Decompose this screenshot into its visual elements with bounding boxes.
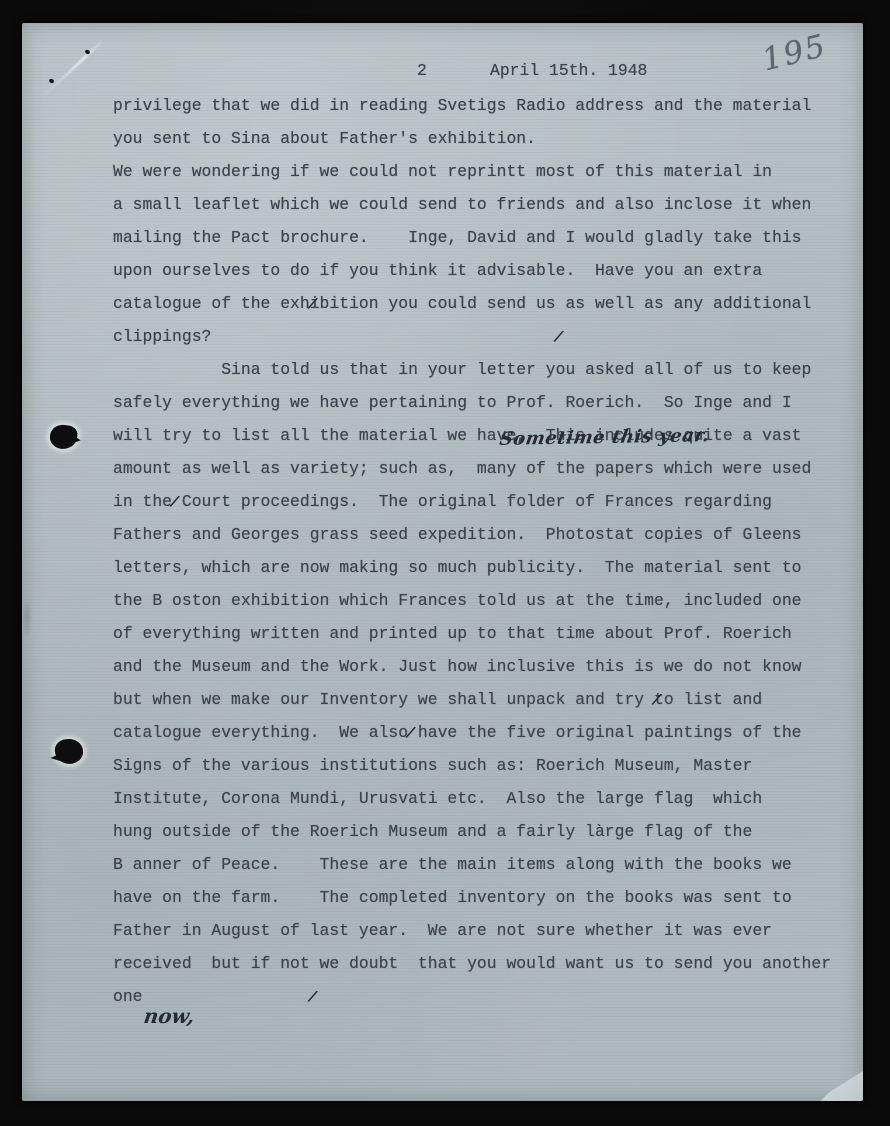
typed-line: B anner of Peace. These are the main ite… — [113, 848, 858, 881]
typed-line: one — [113, 980, 858, 1013]
hole-punch — [54, 738, 84, 766]
typed-line: mailing the Pact brochure. Inge, David a… — [113, 221, 858, 254]
hole-punch — [48, 423, 78, 451]
typed-line: privilege that we did in reading Svetigs… — [113, 89, 858, 122]
typed-line: but when we make our Inventory we shall … — [113, 683, 858, 716]
handwritten-word-now: now, — [142, 1004, 196, 1028]
typed-header: 2 April 15th. 1948 — [22, 61, 863, 83]
typed-line: received but if not we doubt that you wo… — [113, 947, 858, 980]
typed-page-number: 2 — [417, 61, 427, 80]
typed-line: Signs of the various institutions such a… — [113, 749, 858, 782]
typed-line: safely everything we have pertaining to … — [113, 386, 858, 419]
typed-line: Institute, Corona Mundi, Urusvati etc. A… — [113, 782, 858, 815]
typed-line: We were wondering if we could not reprin… — [113, 155, 858, 188]
typed-line: amount as well as variety; such as, many… — [113, 452, 858, 485]
typed-line: upon ourselves to do if you think it adv… — [113, 254, 858, 287]
handwritten-insertion-sometime-this-year: Sometime this year. — [498, 425, 711, 450]
typed-line: hung outside of the Roerich Museum and a… — [113, 815, 858, 848]
edge-smudge — [22, 598, 32, 638]
letter-body-text: privilege that we did in reading Svetigs… — [113, 89, 858, 1013]
letter-paper: 195 2 April 15th. 1948 privilege that we… — [22, 23, 863, 1101]
corner-fold — [815, 1071, 863, 1101]
typed-line: catalogue everything. We also have the f… — [113, 716, 858, 749]
typed-line: a small leaflet which we could send to f… — [113, 188, 858, 221]
typed-line: in the Court proceedings. The original f… — [113, 485, 858, 518]
typed-line: you sent to Sina about Father's exhibiti… — [113, 122, 858, 155]
typed-line: Sina told us that in your letter you ask… — [113, 353, 858, 386]
typed-line: clippings? — [113, 320, 858, 353]
typed-date: April 15th. 1948 — [490, 61, 647, 80]
scanned-letter-page: 195 2 April 15th. 1948 privilege that we… — [0, 0, 890, 1126]
typed-line: will try to list all the material we hav… — [113, 419, 858, 452]
typed-line: letters, which are now making so much pu… — [113, 551, 858, 584]
typed-line: have on the farm. The completed inventor… — [113, 881, 858, 914]
typed-line: catalogue of the exhibition you could se… — [113, 287, 858, 320]
typed-line: of everything written and printed up to … — [113, 617, 858, 650]
typed-line: Father in August of last year. We are no… — [113, 914, 858, 947]
typed-line: the B oston exhibition which Frances tol… — [113, 584, 858, 617]
typed-line: Fathers and Georges grass seed expeditio… — [113, 518, 858, 551]
typed-line: and the Museum and the Work. Just how in… — [113, 650, 858, 683]
